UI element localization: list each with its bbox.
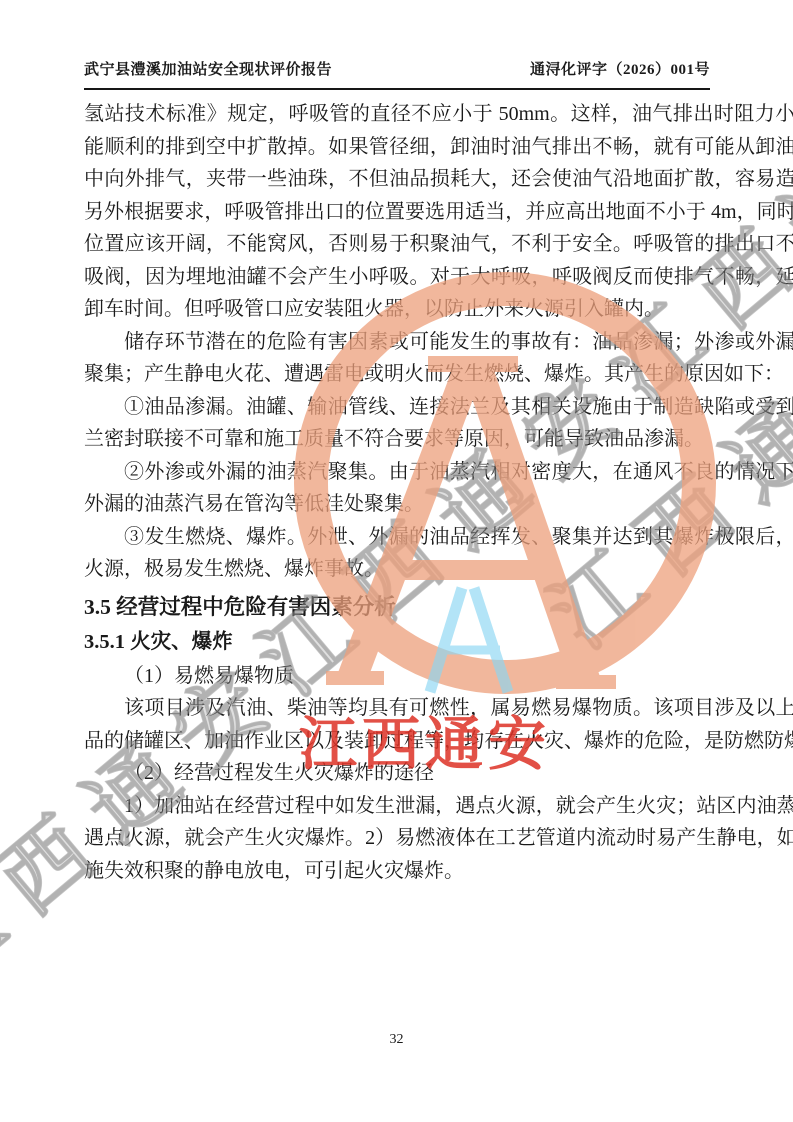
paragraph-fire-paths: 1）加油站在经营过程中如发生泄漏，遇点火源，就会产生火灾；站区内油蒸汽积聚，遇点…: [84, 790, 793, 888]
paragraph-cause-2-vapor: ②外渗或外漏的油蒸汽聚集。由于油蒸汽相对密度大，在通风不良的情况下，外泄、外漏的…: [84, 456, 793, 521]
paragraph-cause-1-leak: ①油品渗漏。油罐、输油管线、连接法兰及其相关设施由于制造缺陷或受到腐蚀，法兰密封…: [84, 391, 793, 456]
paragraph-flammable-materials: 该项目涉及汽油、柴油等均具有可燃性，属易燃易爆物质。该项目涉及以上危险化学品的储…: [84, 692, 793, 757]
paragraph-storage-hazards: 储存环节潜在的危险有害因素或可能发生的事故有：油品渗漏；外渗或外漏的油蒸汽聚集；…: [84, 326, 793, 391]
page-footer: 32: [0, 1032, 793, 1048]
paragraph-breathing-pipe: 氢站技术标准》规定，呼吸管的直径不应小于 50mm。这样，油气排出时阻力小，油气…: [84, 98, 793, 326]
page-number: 32: [390, 1032, 404, 1047]
page-header: 武宁县澧溪加油站安全现状评价报告 通浔化评字（2026）001号: [84, 58, 710, 90]
document-page: 武宁县澧溪加油站安全现状评价报告 通浔化评字（2026）001号 氢站技术标准》…: [0, 0, 793, 1122]
header-report-title: 武宁县澧溪加油站安全现状评价报告: [84, 58, 332, 79]
section-heading-3-5-1: 3.5.1 火灾、爆炸: [84, 625, 793, 660]
section-heading-3-5: 3.5 经营过程中危险有害因素分析: [84, 586, 793, 625]
paragraph-cause-3-explosion: ③发生燃烧、爆炸。外泄、外漏的油品经挥发、聚集并达到其爆炸极限后，若遇各类火源，…: [84, 521, 793, 586]
subsection-1-label: （1）易燃易爆物质: [84, 660, 793, 693]
subsection-2-label: （2）经营过程发生火灾爆炸的途径: [84, 757, 793, 790]
header-doc-number: 通浔化评字（2026）001号: [530, 58, 710, 79]
page-body: 氢站技术标准》规定，呼吸管的直径不应小于 50mm。这样，油气排出时阻力小，油气…: [84, 98, 793, 887]
